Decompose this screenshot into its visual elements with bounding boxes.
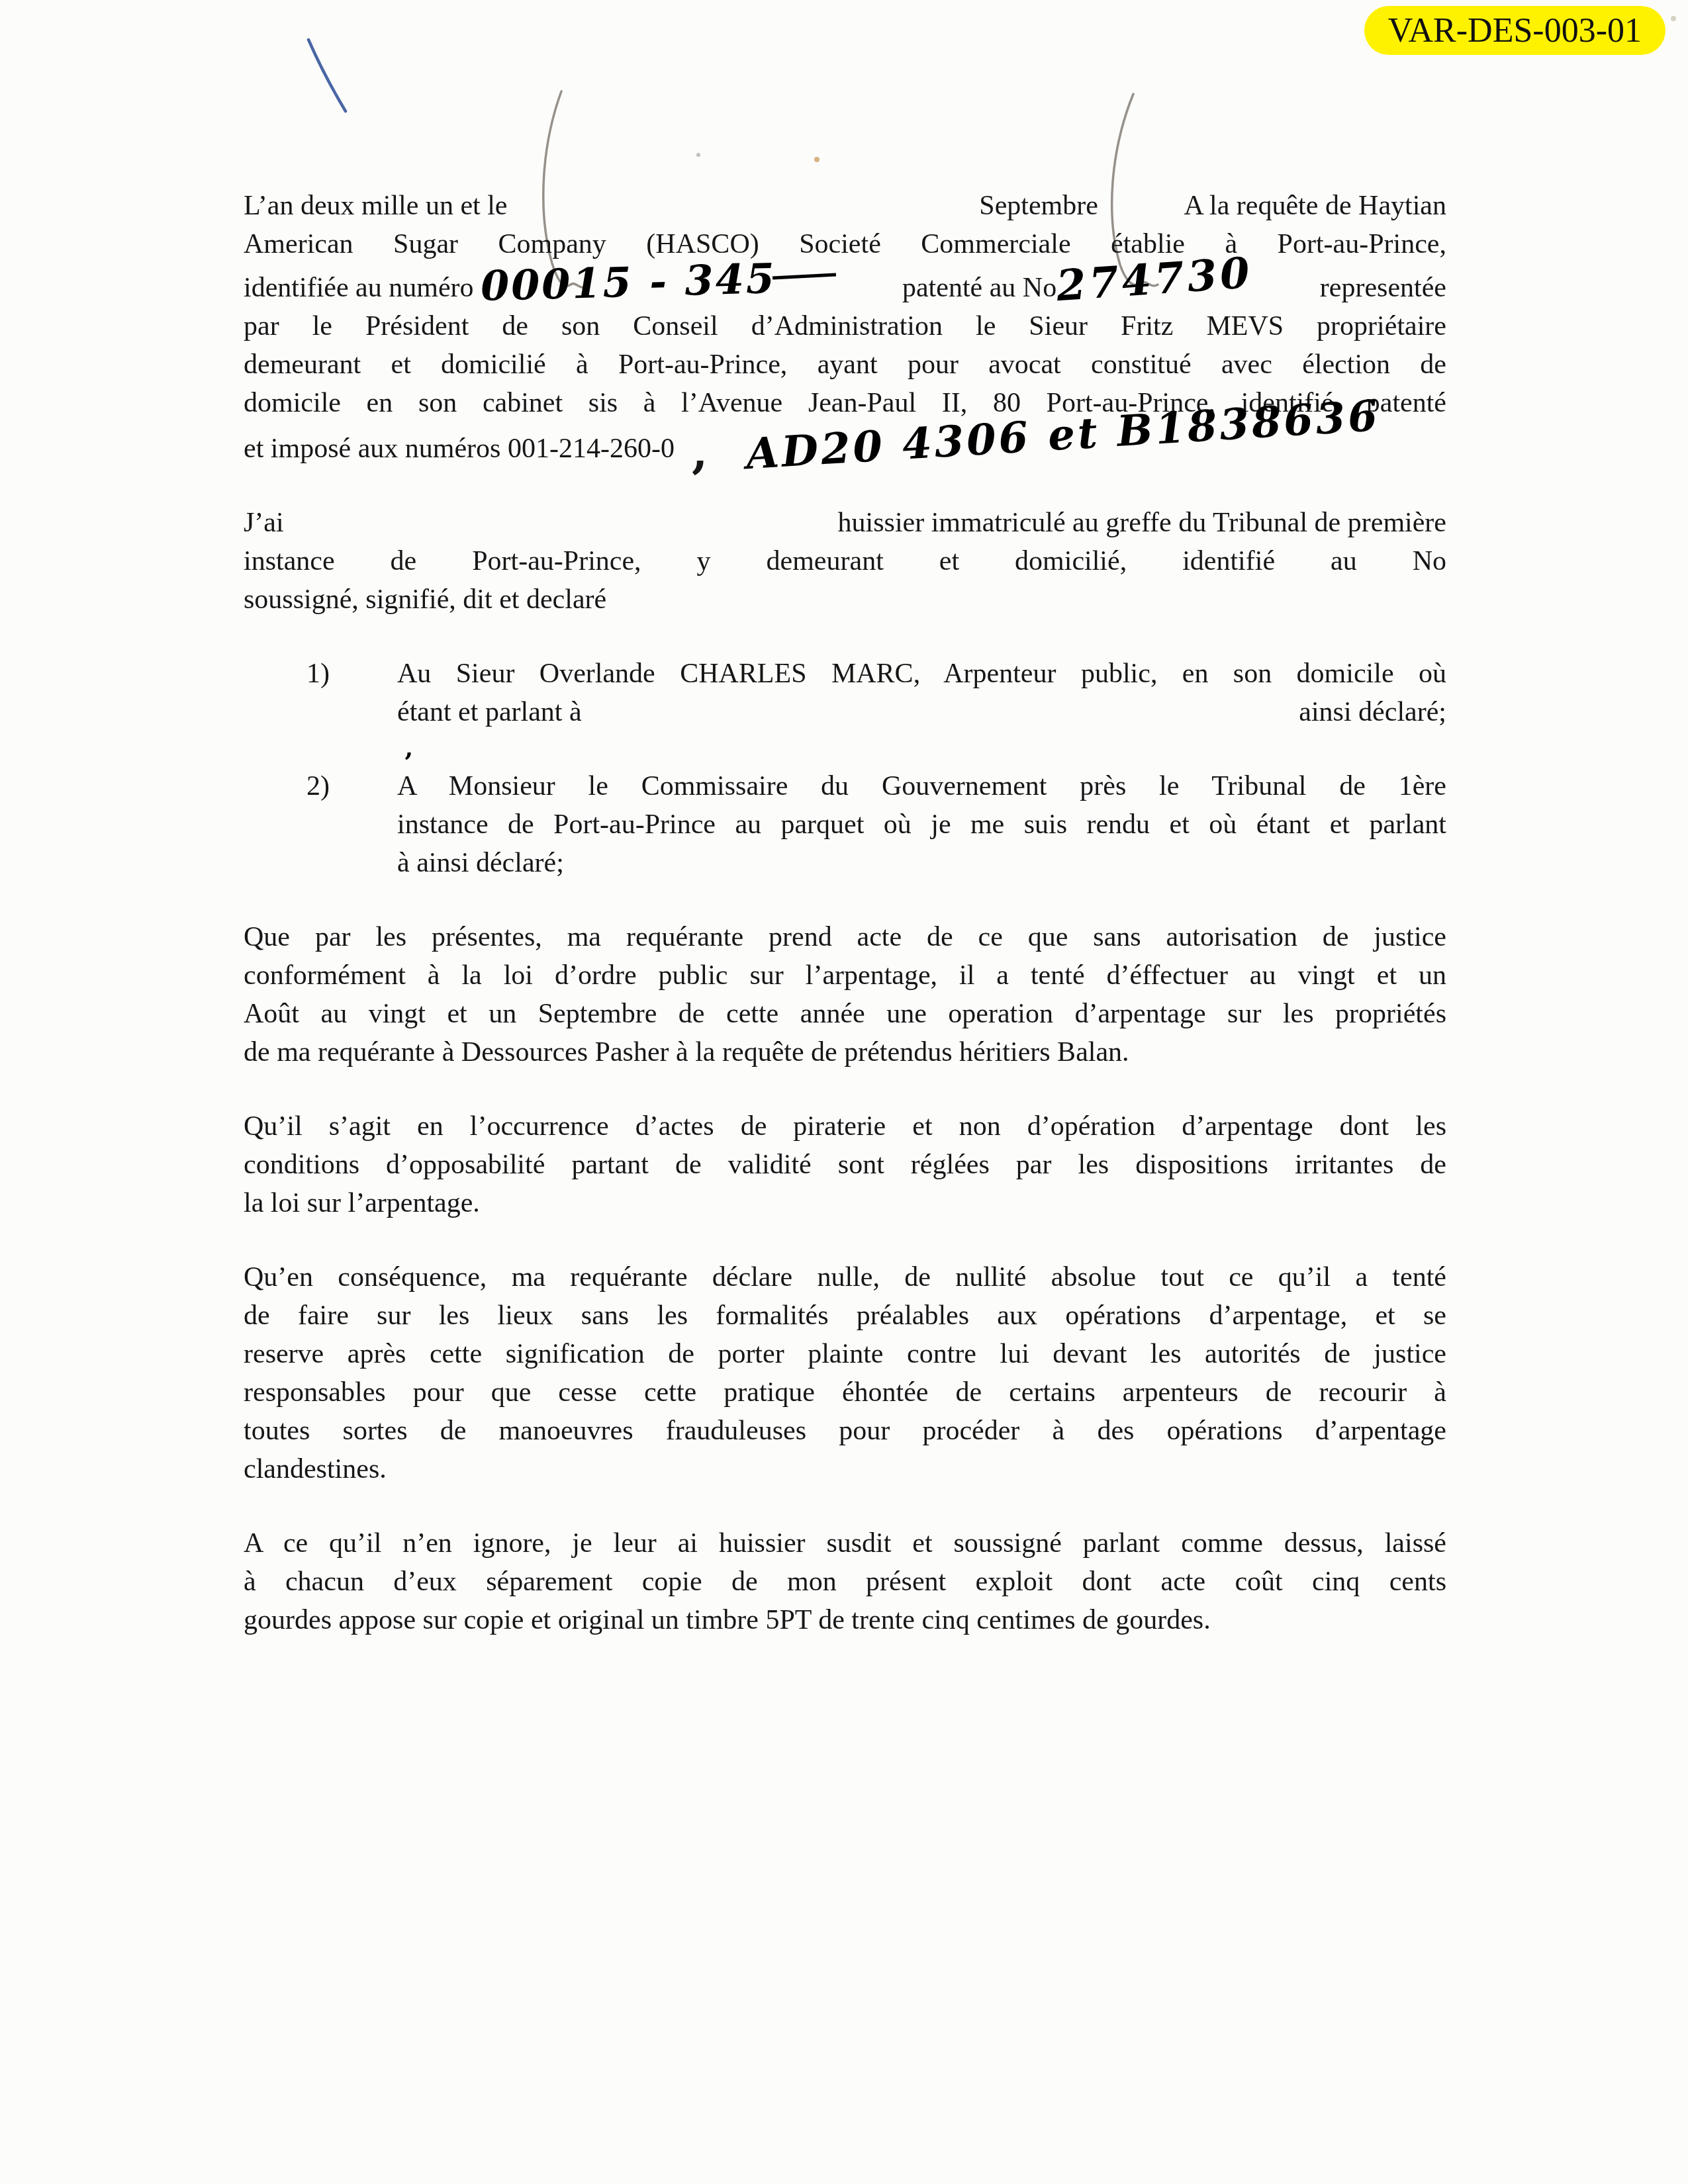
text-line: A ce qu’il n’en ignore, je leur ai huiss…: [244, 1524, 1446, 1563]
document-body: L’an deux mille un et le Septembre A la …: [244, 187, 1446, 1675]
text-segment: representée: [1320, 269, 1446, 307]
handwritten-comma: ,: [692, 433, 708, 471]
text-line: L’an deux mille un et le Septembre A la …: [244, 187, 1446, 225]
text-line: toutes sortes de manoeuvres frauduleuses…: [244, 1412, 1446, 1450]
text-segment: ainsi déclaré;: [1299, 693, 1446, 731]
paragraph-quen: Qu’en conséquence, ma requérante déclare…: [244, 1258, 1446, 1488]
list-number: 1): [306, 655, 397, 731]
text-segment: J’ai: [244, 504, 284, 542]
text-line: conditions d’opposabilité partant de val…: [244, 1146, 1446, 1184]
text-line: responsables pour que cesse cette pratiq…: [244, 1373, 1446, 1412]
text-line: Qu’il s’agit en l’occurrence d’actes de …: [244, 1107, 1446, 1146]
text-line: étant et parlant à ainsi déclaré;: [397, 693, 1446, 731]
text-segment: L’an deux mille un et le: [244, 187, 508, 225]
list-item-text: ’ A Monsieur le Commissaire du Gouvernem…: [397, 767, 1446, 882]
text-line: conformément à la loi d’ordre public sur…: [244, 956, 1446, 995]
text-line: à ainsi déclaré;: [397, 844, 1446, 882]
document-id-label: VAR-DES-003-01: [1364, 6, 1665, 55]
ink-speck: [814, 157, 820, 162]
text-line: reserve après cette signification de por…: [244, 1335, 1446, 1373]
paragraph-opening: L’an deux mille un et le Septembre A la …: [244, 187, 1446, 468]
handwritten-stroke: [772, 273, 835, 279]
handwritten-number: 274730: [1055, 254, 1254, 306]
text-segment: étant et parlant à: [397, 693, 582, 731]
ink-speck: [1671, 16, 1676, 21]
handwritten-number: 00015 - 345: [480, 259, 776, 306]
text-line: demeurant et domicilié à Port-au-Prince,…: [244, 345, 1446, 384]
text-line: Août au vingt et un Septembre de cette a…: [244, 995, 1446, 1033]
text-line: par le Président de son Conseil d’Admini…: [244, 307, 1446, 345]
text-line: de faire sur les lieux sans les formalit…: [244, 1297, 1446, 1335]
paragraph-que: Que par les présentes, ma requérante pre…: [244, 918, 1446, 1071]
scanned-document-page: VAR-DES-003-01 L’an deux mille un et le …: [0, 0, 1688, 2184]
text-line: à chacun d’eux séparement copie de mon p…: [244, 1563, 1446, 1601]
list-item-1: 1) Au Sieur Overlande CHARLES MARC, Arpe…: [244, 655, 1446, 731]
list-item-text: Au Sieur Overlande CHARLES MARC, Arpente…: [397, 655, 1446, 731]
document-id-text: VAR-DES-003-01: [1388, 11, 1642, 50]
text-line: la loi sur l’arpentage.: [244, 1184, 1446, 1222]
list-number: 2): [306, 767, 397, 882]
text-segment: Septembre: [979, 187, 1098, 225]
text-segment: identifiée au numéro: [244, 269, 474, 307]
text-line: et imposé aux numéros 001-214-260-0 , AD…: [244, 422, 1446, 468]
ink-speck: [696, 153, 700, 157]
handwritten-accent: ’: [404, 747, 413, 778]
list-item-2: 2) ’ A Monsieur le Commissaire du Gouver…: [244, 767, 1446, 882]
text-line: Que par les présentes, ma requérante pre…: [244, 918, 1446, 956]
text-line: instance de Port-au-Prince, y demeurant …: [244, 542, 1446, 580]
text-line: clandestines.: [244, 1450, 1446, 1488]
paragraph-closing: A ce qu’il n’en ignore, je leur ai huiss…: [244, 1524, 1446, 1639]
paragraph-quil: Qu’il s’agit en l’occurrence d’actes de …: [244, 1107, 1446, 1222]
text-line: A Monsieur le Commissaire du Gouvernemen…: [397, 767, 1446, 805]
text-segment: patenté au No: [902, 269, 1056, 307]
text-line: instance de Port-au-Prince au parquet où…: [397, 805, 1446, 844]
text-segment: A la requête de Haytian: [1184, 187, 1447, 225]
text-line: de ma requérante à Dessources Pasher à l…: [244, 1033, 1446, 1071]
text-line: J’ai huissier immatriculé au greffe du T…: [244, 504, 1446, 542]
text-line: soussigné, signifié, dit et declaré: [244, 580, 1446, 619]
text-line: gourdes appose sur copie et original un …: [244, 1601, 1446, 1639]
text-line: Qu’en conséquence, ma requérante déclare…: [244, 1258, 1446, 1297]
text-line: identifiée au numéro 00015 - 345 patenté…: [244, 263, 1446, 307]
paragraph-huissier: J’ai huissier immatriculé au greffe du T…: [244, 504, 1446, 619]
blue-pen-stroke: [308, 40, 346, 111]
text-segment: et imposé aux numéros 001-214-260-0: [244, 430, 675, 468]
text-line: Au Sieur Overlande CHARLES MARC, Arpente…: [397, 655, 1446, 693]
text-segment: huissier immatriculé au greffe du Tribun…: [838, 504, 1446, 542]
text-line: American Sugar Company (HASCO) Societé C…: [244, 225, 1446, 263]
